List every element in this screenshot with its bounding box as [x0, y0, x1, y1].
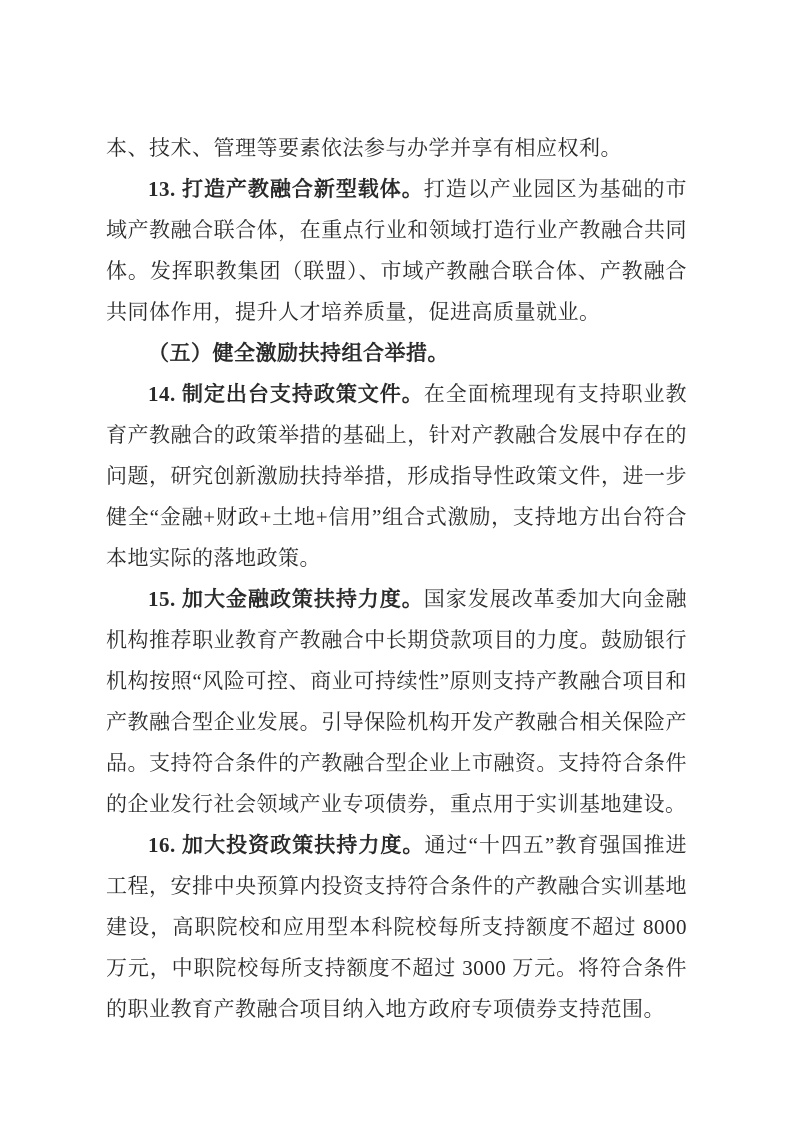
document-page: 本、技术、管理等要素依法参与办学并享有相应权利。 13. 打造产教融合新型载体。… — [0, 0, 794, 1123]
paragraph-item-13: 13. 打造产教融合新型载体。打造以产业园区为基础的市域产教融合联合体，在重点行… — [106, 169, 687, 333]
paragraph-lead-15: 15. 加大金融政策扶持力度。 — [148, 587, 424, 611]
paragraph-lead-14: 14. 制定出台支持政策文件。 — [148, 382, 424, 406]
section-heading-5-text: （五）健全激励扶持组合举措。 — [148, 341, 449, 365]
paragraph-lead-16: 16. 加大投资政策扶持力度。 — [148, 833, 424, 857]
paragraph-item-16: 16. 加大投资政策扶持力度。通过“十四五”教育强国推进工程，安排中央预算内投资… — [106, 825, 687, 1030]
paragraph-item-14: 14. 制定出台支持政策文件。在全面梳理现有支持职业教育产教融合的政策举措的基础… — [106, 374, 687, 579]
paragraph-body-text: 本、技术、管理等要素依法参与办学并享有相应权利。 — [106, 136, 622, 160]
paragraph-body-14: 在全面梳理现有支持职业教育产教融合的政策举措的基础上，针对产教融合发展中存在的问… — [106, 382, 687, 570]
section-heading-5: （五）健全激励扶持组合举措。 — [106, 333, 687, 374]
paragraph-continuation: 本、技术、管理等要素依法参与办学并享有相应权利。 — [106, 128, 687, 169]
paragraph-body-15: 国家发展改革委加大向金融机构推荐职业教育产教融合中长期贷款项目的力度。鼓励银行机… — [106, 587, 687, 816]
paragraph-body-16: 通过“十四五”教育强国推进工程，安排中央预算内投资支持符合条件的产教融合实训基地… — [106, 833, 687, 1021]
paragraph-lead-13: 13. 打造产教融合新型载体。 — [148, 177, 424, 201]
paragraph-item-15: 15. 加大金融政策扶持力度。国家发展改革委加大向金融机构推荐职业教育产教融合中… — [106, 579, 687, 825]
